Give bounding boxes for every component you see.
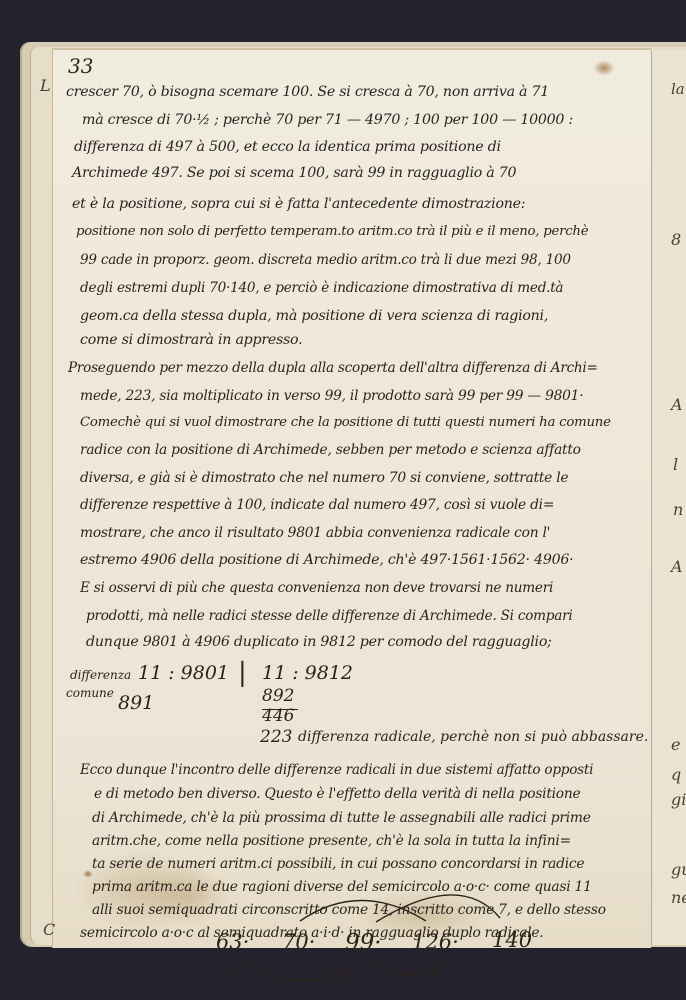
diagram-label: à	[268, 972, 276, 988]
diagram-number: 99·	[345, 930, 382, 956]
diagram-label: 11 à 14	[374, 962, 438, 982]
diagram-number: 70·	[282, 930, 315, 954]
diagram-number: 126·	[412, 930, 459, 954]
diagram-label: 11	[330, 966, 353, 987]
diagram-arcs	[0, 0, 686, 1000]
diagram-number: 140	[492, 928, 532, 952]
diagram-label: 7	[228, 966, 239, 987]
diagram-number: 63·	[216, 930, 249, 954]
